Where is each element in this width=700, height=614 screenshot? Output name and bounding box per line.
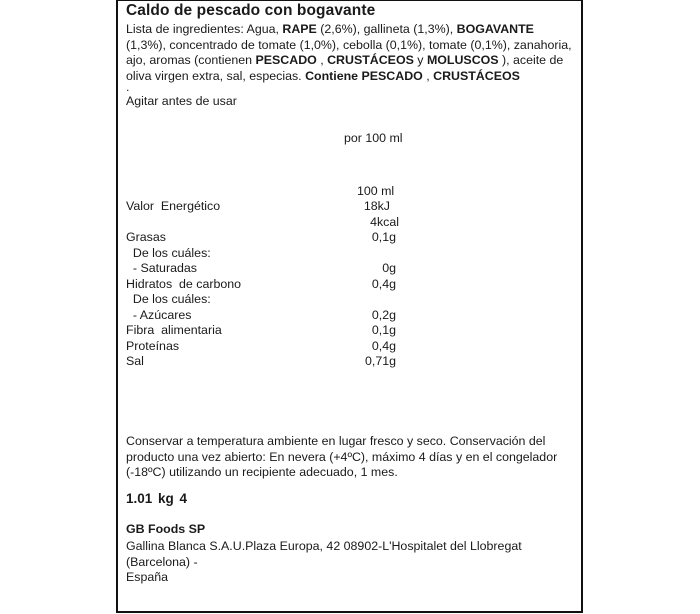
nutrition-row: Valor Energético18kJ [126,199,396,214]
ingredients-list: Lista de ingredientes: Agua, RAPE (2,6%)… [126,22,576,84]
nutrient-value: 0g [382,261,396,275]
product-label: Caldo de pescado con bogavante Lista de … [116,0,583,613]
nutrient-value: 0,2g [372,308,396,322]
usage-instruction: Agitar antes de usar [126,94,237,108]
nutrient-value: 0,4g [372,277,396,291]
nutrient-name: Valor Energético [126,199,220,213]
nutrition-per-label: por 100 ml [344,131,403,145]
ingredient-text: , [317,53,327,67]
nutrition-row: De los cuáles: [126,292,396,307]
ingredients-trailing-dot: . [126,80,129,94]
allergen-text: CRUSTÁCEOS [327,53,414,67]
nutrient-value: 0,1g [372,230,396,244]
nutrition-row: Proteínas0,4g [126,339,396,354]
ingredient-text: (2,6%), gallineta (1,3%), [317,22,457,36]
nutrient-value: 0,4g [372,339,396,353]
ingredient-text: Lista de ingredientes: Agua, [126,22,282,36]
allergen-text: BOGAVANTE [457,22,534,36]
address-line: España [126,570,581,586]
nutrient-value: 18kJ [364,199,390,213]
storage-instructions: Conservar a temperatura ambiente en luga… [126,434,581,481]
ingredient-text: y [414,53,427,67]
ingredient-text: , [423,69,433,83]
nutrient-name: Fibra alimentaria [126,323,222,337]
nutrition-row: - Saturadas0g [126,261,396,276]
nutrient-name: - Saturadas [126,261,197,275]
allergen-text: RAPE [282,22,316,36]
nutrient-name: - Azúcares [126,308,191,322]
manufacturer-name: GB Foods SP [126,522,205,536]
nutrition-row: Hidratos de carbono0,4g [126,277,396,292]
nutrient-value: 0,71g [365,354,396,368]
allergen-text: MOLUSCOS [427,53,499,67]
address-line: (Barcelona) - [126,555,581,571]
product-title: Caldo de pescado con bogavante [126,2,375,20]
nutrient-value: 0,1g [372,323,396,337]
nutrition-row: - Azúcares0,2g [126,308,396,323]
manufacturer-address: Gallina Blanca S.A.U.Plaza Europa, 42 08… [126,539,581,586]
nutrition-row: Fibra alimentaria0,1g [126,323,396,338]
nutrient-name: Grasas [126,230,166,244]
net-quantity: 1.01 kg 4 [126,491,187,506]
nutrition-column-header: 100 ml [357,184,394,198]
allergen-text: PESCADO [256,53,317,67]
nutrient-name: Hidratos de carbono [126,277,241,291]
nutrition-row: De los cuáles: [126,246,396,261]
nutrition-row: Sal0,71g [126,354,396,369]
nutrient-name: Sal [126,354,144,368]
nutrient-value: 4kcal [370,215,399,229]
nutrient-name: De los cuáles: [126,246,211,260]
allergen-text: Contiene PESCADO [305,69,423,83]
nutrition-row: Grasas0,1g [126,230,396,245]
address-line: Gallina Blanca S.A.U.Plaza Europa, 42 08… [126,539,581,555]
nutrient-name: De los cuáles: [126,292,211,306]
nutrient-name: Proteínas [126,339,179,353]
nutrition-row: 4kcal [126,215,396,230]
allergen-text: CRUSTÁCEOS [433,69,520,83]
